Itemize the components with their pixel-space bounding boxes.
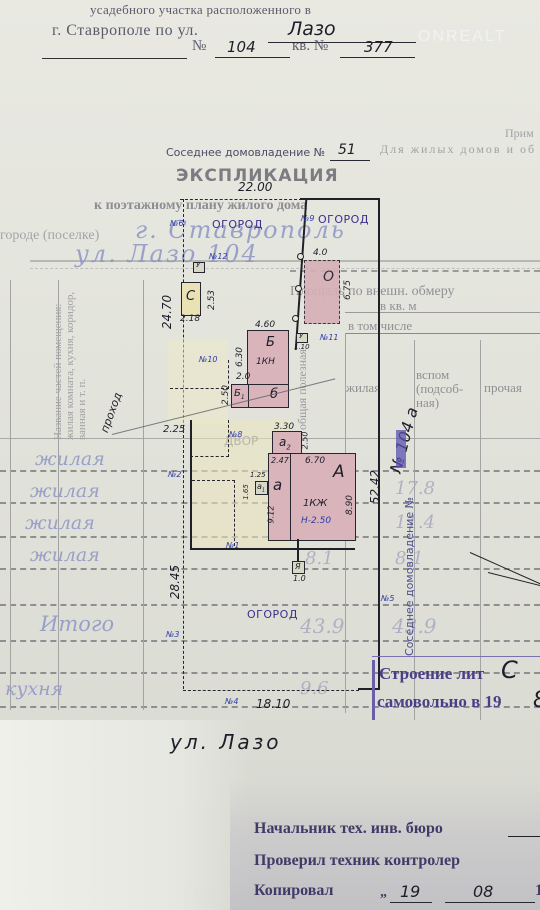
signature-copied-label: Копировал bbox=[254, 882, 334, 900]
passage-label: проход bbox=[98, 391, 124, 435]
lot-right-boundary bbox=[378, 198, 380, 690]
point-mark-11: №11 bbox=[320, 333, 339, 342]
lot-top-dashed bbox=[180, 199, 302, 200]
dim-a-main-width: 6.70 bbox=[305, 456, 325, 466]
dim-left-offset: 2.25 bbox=[163, 424, 185, 435]
row-name: жилая bbox=[25, 512, 95, 534]
date-month: 08 bbox=[473, 882, 493, 901]
stamp-line1: Строение лит bbox=[379, 664, 484, 684]
dim-o-width: 4.0 bbox=[313, 248, 327, 258]
stamp: Строение лит С самовольно в 19 8 bbox=[372, 660, 540, 720]
row-total: 43.9 bbox=[300, 614, 345, 638]
lot-left-boundary bbox=[183, 199, 184, 689]
courtyard-dashed-top bbox=[190, 420, 229, 457]
signature-chief-line bbox=[508, 836, 540, 837]
building-a2: а2 bbox=[272, 431, 302, 455]
building-u-right: У bbox=[296, 333, 308, 343]
building-u-top-label: У bbox=[196, 261, 200, 269]
label-ogorod-right: ОГОРОД bbox=[318, 213, 369, 226]
street-bottom-label: ул. Лазо bbox=[170, 730, 282, 754]
building-a-small: а bbox=[268, 453, 292, 541]
date-day-field: 19 bbox=[390, 884, 432, 903]
row-name: жилая bbox=[35, 448, 105, 470]
apt-label: кв. № bbox=[292, 38, 328, 55]
dim-a1-height: 1.65 bbox=[242, 484, 250, 500]
building-u-top: У bbox=[193, 262, 205, 273]
row-name: Итого bbox=[40, 612, 114, 636]
signature-checked-label: Проверил техник контролер bbox=[254, 852, 460, 870]
blue-mark bbox=[396, 430, 406, 468]
document-page: усадебного участка расположенного в г. С… bbox=[0, 0, 540, 910]
point-mark-8: №8 bbox=[229, 430, 242, 439]
building-o: О bbox=[304, 260, 340, 324]
point-mark-1: №1 bbox=[226, 541, 239, 550]
building-a-small-label: а bbox=[273, 476, 282, 494]
row-name: жилая bbox=[30, 480, 100, 502]
blank-line bbox=[42, 58, 187, 59]
label-ogorod-bottom: ОГОРОД bbox=[247, 608, 298, 621]
fence-post bbox=[292, 315, 299, 322]
building-a-main-note: 1КЖ bbox=[303, 498, 327, 509]
faded-street-value: ул. Лазо 104 bbox=[75, 240, 259, 268]
point-mark-3: №3 bbox=[166, 630, 179, 639]
faded-note: Прим bbox=[505, 126, 534, 141]
dim-left-upper: 24.70 bbox=[160, 295, 174, 329]
dim-a-width: 2.47 bbox=[271, 456, 289, 465]
house-no-label: № bbox=[192, 38, 206, 55]
building-a-main-label: А bbox=[333, 462, 345, 482]
dim-top-width: 22.00 bbox=[238, 180, 272, 194]
table-area-unit: в кв. м bbox=[380, 298, 417, 314]
building-u-right-label: У bbox=[299, 332, 303, 340]
courtyard-bottom-wall bbox=[190, 548, 355, 550]
stamp-line1-value: С bbox=[501, 656, 518, 684]
dim-ya: 1.0 bbox=[293, 574, 306, 583]
dim-a-main-height: 8.90 bbox=[345, 495, 355, 515]
building-a-main-height: Н-2.50 bbox=[301, 516, 331, 526]
label-ogorod-left: ОГОРОД bbox=[212, 218, 263, 231]
point-mark-4: №4 bbox=[225, 697, 238, 706]
building-ya: Я bbox=[292, 561, 305, 574]
row-total: 9.6 bbox=[300, 678, 329, 699]
date-day: 19 bbox=[400, 882, 420, 901]
dim-o-height: 6.75 bbox=[343, 280, 353, 300]
row-total: 8.1 bbox=[305, 548, 334, 569]
building-ya-label: Я bbox=[295, 562, 301, 571]
quote-open: „ bbox=[380, 885, 387, 901]
dim-left-lower: 28.45 bbox=[168, 565, 182, 599]
table-col-aux: вспом (подсоб-ная) bbox=[416, 368, 478, 410]
signature-chief-label: Начальник тех. инв. бюро bbox=[254, 820, 443, 838]
row-name: жилая bbox=[30, 544, 100, 566]
street-value: Лазо bbox=[288, 18, 336, 40]
table-including: в том числе bbox=[348, 318, 412, 334]
header-line1: усадебного участка расположенного в bbox=[90, 2, 311, 18]
building-c-label: C bbox=[186, 289, 195, 304]
building-c: C bbox=[181, 282, 201, 316]
dim-c-height: 2.53 bbox=[207, 290, 217, 310]
lot-top-right bbox=[300, 198, 380, 200]
apt-field: 377 bbox=[340, 41, 415, 58]
stamp-line2-value: 8 bbox=[533, 688, 540, 713]
house-no-field: 104 bbox=[215, 41, 290, 58]
neighbor-label: Соседнее домовладение № bbox=[166, 146, 325, 159]
dim-b-height: 6.30 bbox=[235, 347, 245, 367]
table-col-other: прочая bbox=[484, 380, 522, 396]
lot-bottom-boundary bbox=[183, 690, 359, 691]
courtyard-dashed bbox=[192, 480, 235, 546]
house-no-value: 104 bbox=[227, 38, 256, 56]
point-mark-5: №5 bbox=[381, 594, 394, 603]
dim-bottom-width: 18.10 bbox=[256, 697, 290, 711]
point-mark-9: №9 bbox=[301, 214, 314, 223]
row-living: 17.8 bbox=[395, 478, 435, 499]
point-mark-12: №12 bbox=[209, 252, 228, 261]
date-year: 1 bbox=[535, 882, 540, 900]
building-b: Б 1КН bbox=[247, 330, 289, 387]
point-mark-6: №6 bbox=[170, 219, 183, 228]
dim-a1-width: 1.25 bbox=[250, 471, 266, 479]
header-city-prefix: г. Ставрополе по ул. bbox=[52, 22, 198, 40]
ya-connector bbox=[297, 539, 299, 561]
point-mark-10: №10 bbox=[199, 355, 218, 364]
fence-post bbox=[297, 253, 304, 260]
date-month-field: 08 bbox=[445, 884, 535, 903]
dim-b-width: 4.60 bbox=[255, 320, 275, 330]
dim-b1-height: 2.50 bbox=[221, 385, 231, 405]
dim-a2-width: 3.30 bbox=[274, 422, 294, 432]
dim-c-width: 2.18 bbox=[180, 314, 200, 324]
building-a1: а1 bbox=[255, 481, 268, 495]
dim-right-side: 52.42 bbox=[368, 470, 382, 504]
row-name: кухня bbox=[5, 678, 63, 700]
neighbor-side-label: Соседнее домовладение № bbox=[403, 497, 416, 656]
building-b-note: 1КН bbox=[256, 357, 275, 367]
fence-post bbox=[295, 285, 302, 292]
watermark: ONREALT bbox=[418, 28, 506, 46]
neighbor-field: 51 bbox=[330, 146, 370, 161]
dim-a-height: 9.12 bbox=[266, 506, 275, 524]
table-col-living: жилая bbox=[346, 380, 380, 396]
dim-u-right: 1.10 bbox=[294, 343, 310, 351]
stamp-line2: самовольно в 19 bbox=[377, 692, 502, 712]
table-room-header: Название частей помещения: жилая комната… bbox=[52, 280, 88, 440]
dim-a2-height: 2.50 bbox=[300, 432, 309, 450]
point-mark-2: №2 bbox=[168, 470, 181, 479]
faded-purpose: Для жилых домов и об bbox=[380, 142, 536, 157]
apt-value: 377 bbox=[364, 38, 393, 56]
building-o-label: О bbox=[323, 269, 334, 285]
neighbor-value: 51 bbox=[338, 142, 356, 158]
building-b-label: Б bbox=[266, 335, 275, 350]
explication-subtitle: к поэтажному плану жилого дома bbox=[94, 198, 307, 214]
dim-b1-width: 2.0 bbox=[236, 372, 250, 382]
